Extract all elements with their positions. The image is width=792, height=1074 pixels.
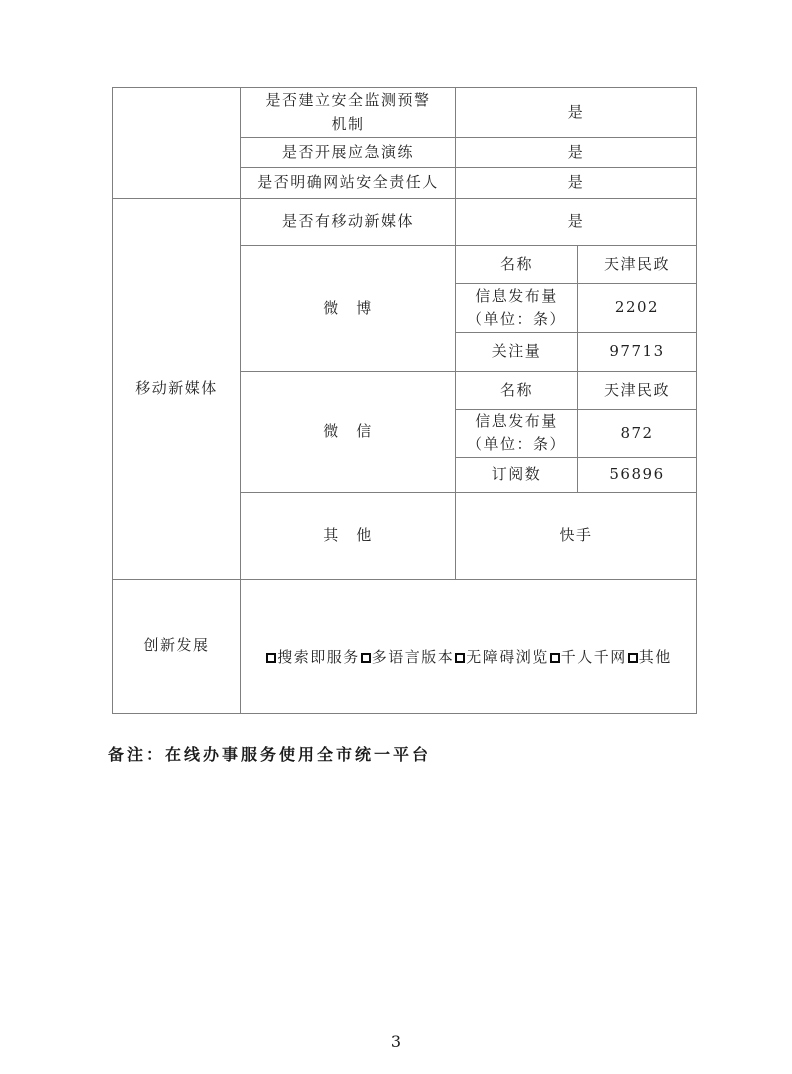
checkbox-icon <box>361 653 371 663</box>
innovation-options-cell: 搜索即服务多语言版本无障碍浏览千人千网其他 <box>241 579 697 713</box>
wechat-name-label: 名称 <box>456 372 578 410</box>
other-media-value: 快手 <box>456 492 697 579</box>
wechat-subscribers-value: 56896 <box>578 457 697 492</box>
security-officer-label: 是否明确网站安全责任人 <box>241 168 456 199</box>
innovation-option-label: 无障碍浏览 <box>466 648 549 666</box>
has-mobile-media-value: 是 <box>456 199 697 246</box>
emergency-drill-value: 是 <box>456 138 697 168</box>
innovation-option: 无障碍浏览 <box>454 648 549 666</box>
note-text: 备注：在线办事服务使用全市统一平台 <box>108 742 431 765</box>
security-officer-value: 是 <box>456 168 697 199</box>
weibo-publish-value: 2202 <box>578 284 697 333</box>
wechat-label: 微 信 <box>241 372 456 493</box>
checkbox-icon <box>550 653 560 663</box>
weibo-label: 微 博 <box>241 246 456 372</box>
wechat-name-value: 天津民政 <box>578 372 697 410</box>
wechat-publish-value: 872 <box>578 410 697 458</box>
weibo-followers-value: 97713 <box>578 333 697 372</box>
innovation-option: 其他 <box>627 648 672 666</box>
innovation-option: 搜索即服务 <box>265 648 360 666</box>
weibo-name-value: 天津民政 <box>578 246 697 284</box>
checkbox-icon <box>628 653 638 663</box>
has-mobile-media-label: 是否有移动新媒体 <box>241 199 456 246</box>
mobile-media-section-label: 移动新媒体 <box>113 199 241 580</box>
innovation-option-label: 其他 <box>639 648 672 666</box>
weibo-publish-label: 信息发布量 （单位：条） <box>456 284 578 333</box>
innovation-option: 多语言版本 <box>360 648 455 666</box>
security-monitoring-label: 是否建立安全监测预警 机制 <box>241 88 456 138</box>
innovation-section-label: 创新发展 <box>113 579 241 713</box>
emergency-drill-label: 是否开展应急演练 <box>241 138 456 168</box>
innovation-option-label: 千人千网 <box>561 648 627 666</box>
report-table: 是否建立安全监测预警 机制 是 是否开展应急演练 是 是否明确网站安全责任人 是… <box>112 87 697 714</box>
innovation-option-label: 搜索即服务 <box>277 648 360 666</box>
innovation-option-label: 多语言版本 <box>372 648 455 666</box>
security-monitoring-value: 是 <box>456 88 697 138</box>
weibo-name-label: 名称 <box>456 246 578 284</box>
checkbox-icon <box>455 653 465 663</box>
wechat-subscribers-label: 订阅数 <box>456 457 578 492</box>
page-number: 3 <box>0 1032 792 1051</box>
document-page: 是否建立安全监测预警 机制 是 是否开展应急演练 是 是否明确网站安全责任人 是… <box>0 0 792 1074</box>
innovation-option: 千人千网 <box>549 648 627 666</box>
checkbox-icon <box>266 653 276 663</box>
innovation-options-line: 搜索即服务多语言版本无障碍浏览千人千网其他 <box>265 648 672 666</box>
other-media-label: 其 他 <box>241 492 456 579</box>
wechat-publish-label: 信息发布量 （单位：条） <box>456 410 578 458</box>
security-section-cell <box>113 88 241 199</box>
weibo-followers-label: 关注量 <box>456 333 578 372</box>
